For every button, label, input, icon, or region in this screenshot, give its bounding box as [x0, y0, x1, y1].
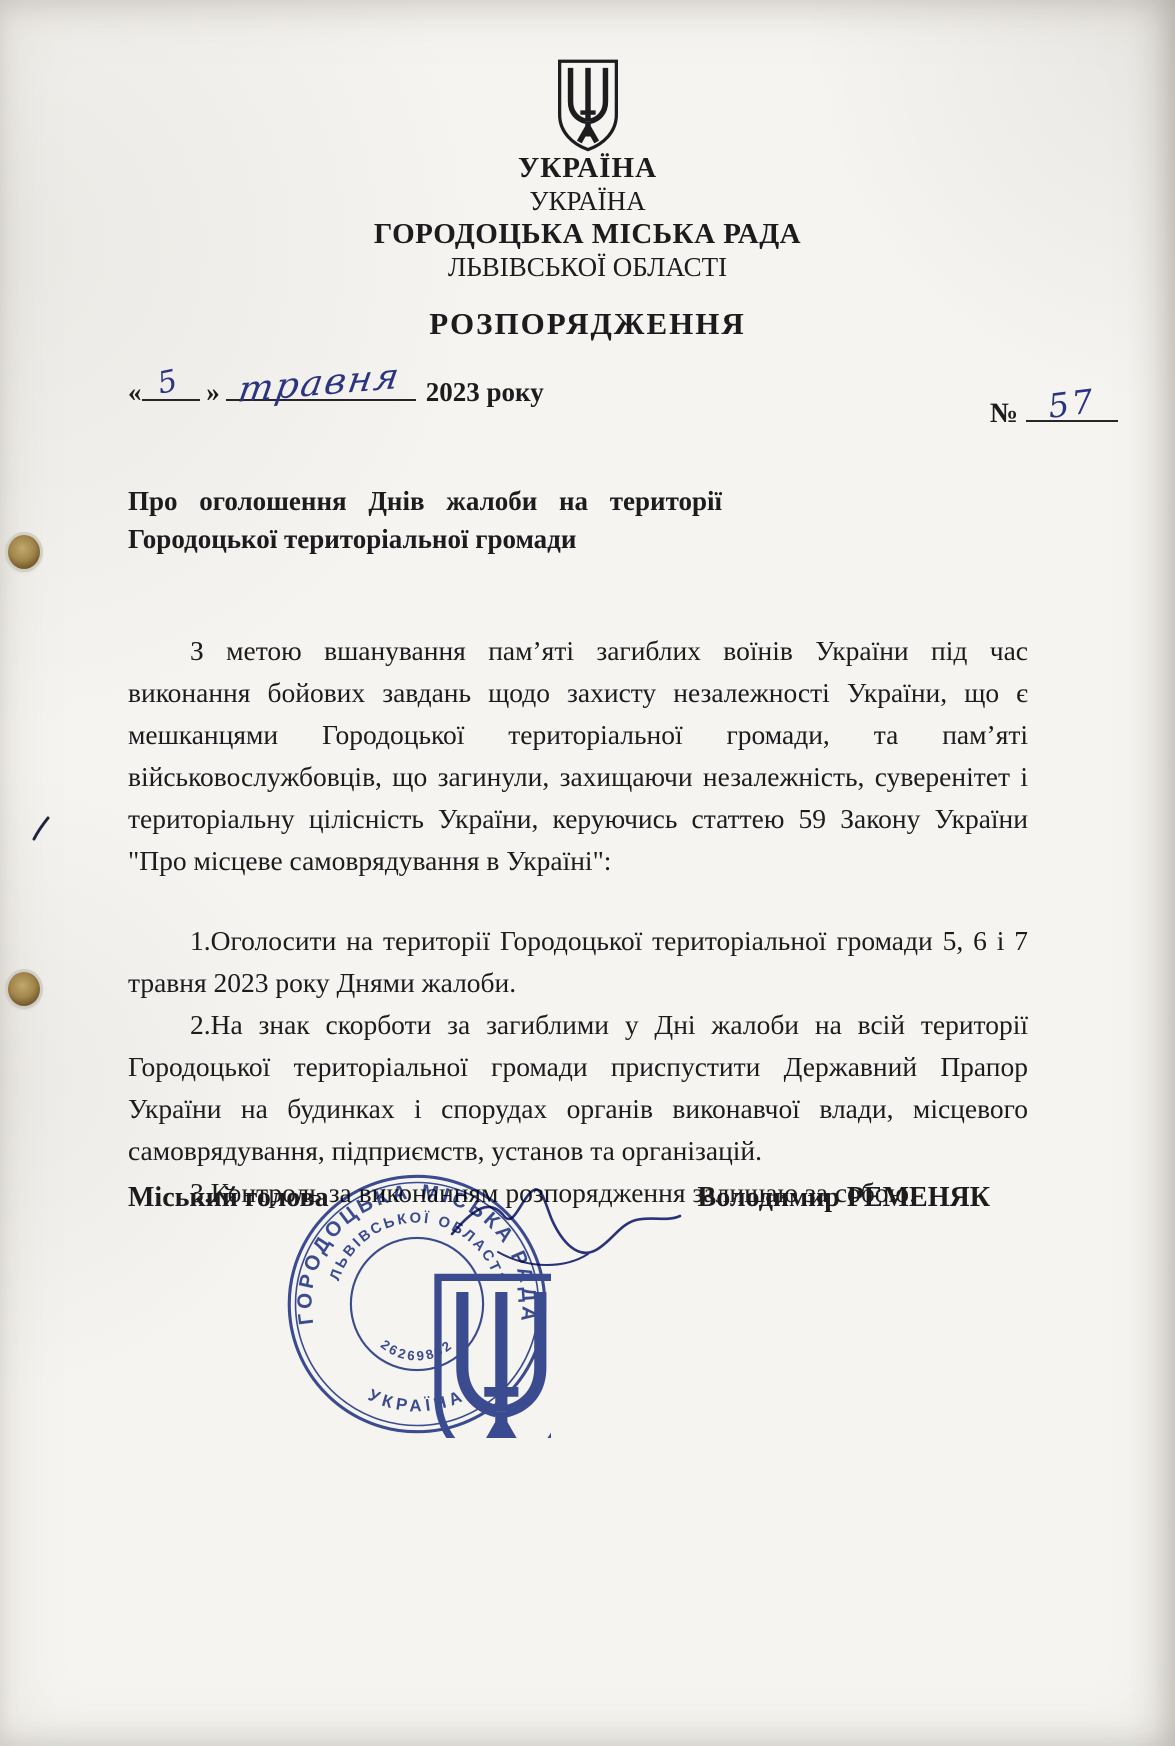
stamp-code: 26269892 — [378, 1337, 456, 1364]
order-item-2: 2.На знак скорботи за загиблими у Дні жа… — [128, 1004, 1028, 1172]
day-blank: 5 — [142, 399, 200, 401]
document-type-title: РОЗПОРЯДЖЕННЯ — [0, 306, 1175, 342]
close-quote: » — [206, 377, 220, 407]
signatory-name: Володимир РЕМЕНЯК — [698, 1182, 990, 1214]
country-name: УКРАЇНА — [0, 185, 1175, 218]
handwritten-month: травня — [235, 356, 404, 411]
preamble-paragraph: З метою вшанування пам’яті загиблих воїн… — [128, 630, 1028, 882]
hole-punch-bottom — [8, 972, 40, 1006]
order-item-1: 1.Оголосити на території Городоцької тер… — [128, 920, 1028, 1004]
number-blank: 57 — [1026, 420, 1118, 422]
document-body: З метою вшанування пам’яті загиблих воїн… — [128, 630, 1028, 1214]
stray-pen-mark — [30, 815, 52, 843]
country-name-bold: УКРАЇНА — [0, 152, 1175, 185]
handwritten-number: 57 — [1046, 381, 1098, 426]
month-blank: травня — [226, 399, 416, 401]
scanned-document-page: УКРАЇНА УКРАЇНА ГОРОДОЦЬКА МІСЬКА РАДА Л… — [0, 0, 1175, 1746]
open-quote: « — [128, 377, 142, 407]
handwritten-day: 5 — [154, 363, 180, 401]
handwritten-signature — [438, 1168, 688, 1288]
document-subject: Про оголошення Днів жалоби на території … — [128, 482, 722, 558]
year-suffix: 2023 року — [426, 377, 544, 407]
date-number-row: «5 »травня2023 року №57 — [128, 362, 1118, 412]
hole-punch-top — [8, 535, 40, 569]
number-label: № — [990, 398, 1018, 429]
stamp-country-text: УКРАЇНА — [365, 1385, 468, 1415]
date-line: «5 »травня2023 року — [128, 377, 544, 408]
document-number-line: №57 — [990, 398, 1118, 430]
council-region: ЛЬВІВСЬКОЇ ОБЛАСТІ — [0, 251, 1175, 284]
ukraine-trident-emblem-icon — [0, 58, 1175, 159]
council-name: ГОРОДОЦЬКА МІСЬКА РАДА — [0, 218, 1175, 251]
